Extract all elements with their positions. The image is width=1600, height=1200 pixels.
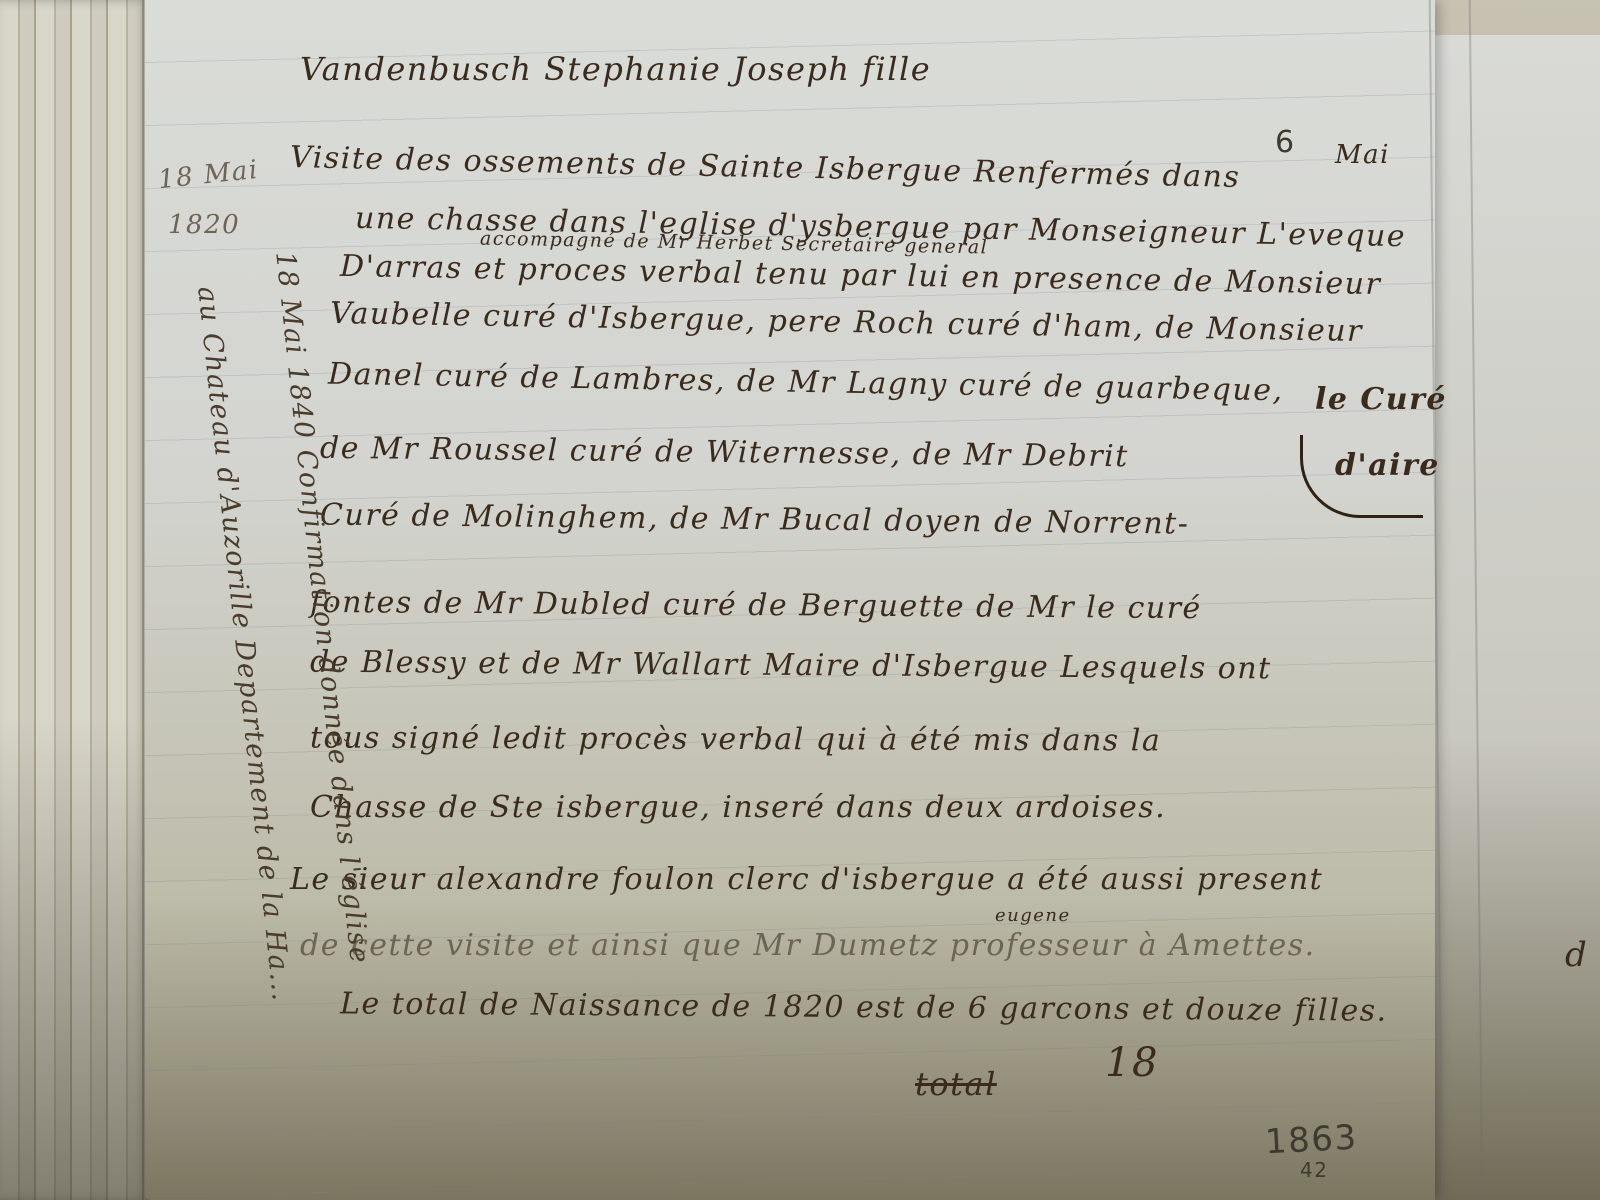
pencil-catalog-sub: 42 xyxy=(1300,1158,1328,1182)
total-value: 18 xyxy=(1105,1040,1159,1086)
body-line-10: tous signé ledit procès verbal qui à été… xyxy=(310,721,1161,759)
entry-heading: Vandenbusch Stephanie Joseph fille xyxy=(300,50,931,88)
interlinear-insertion-eugene: eugene xyxy=(995,905,1071,926)
facing-page-fragment: d xyxy=(1565,935,1588,975)
body-line-8: fontes de Mr Dubled curé de Berguette de… xyxy=(310,585,1202,626)
margin-month: Mai xyxy=(1335,140,1390,170)
pencil-catalog-number: 1863 xyxy=(1264,1118,1358,1163)
total-label: total xyxy=(915,1065,997,1103)
body-line-9: de Blessy et de Mr Wallart Maire d'Isber… xyxy=(310,645,1272,687)
stacked-page-edges xyxy=(0,0,150,1200)
body-line-12: Le sieur alexandre foulon clerc d'isberg… xyxy=(290,862,1323,897)
body-line-14: Le total de Naissance de 1820 est de 6 g… xyxy=(340,986,1388,1028)
body-line-13: de cette visite et ainsi que Mr Dumetz p… xyxy=(300,928,1316,963)
margin-date-year: 1820 xyxy=(168,210,240,240)
body-line-11: Chasse de Ste isbergue, inseré dans deux… xyxy=(310,790,1166,825)
page-number: 6 xyxy=(1275,125,1296,160)
margin-note-line-1: le Curé xyxy=(1315,382,1447,417)
